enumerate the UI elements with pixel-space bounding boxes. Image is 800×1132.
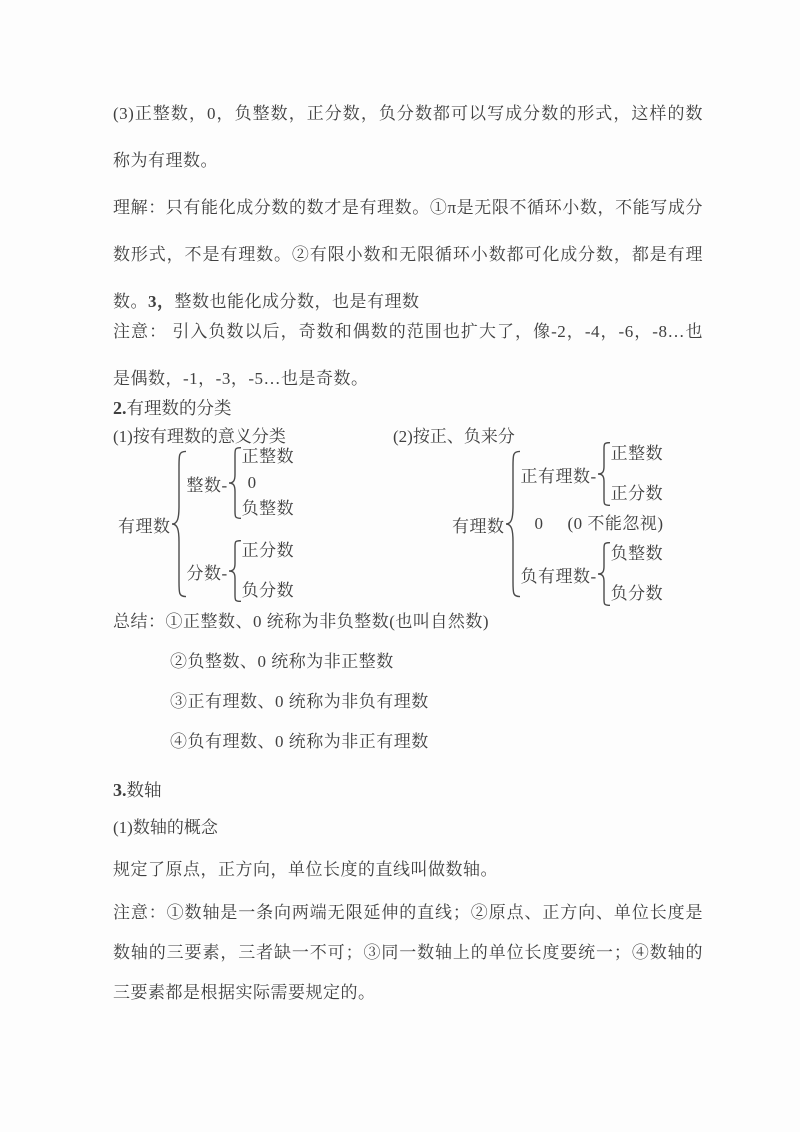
summary-line: ②负整数、0 统称为非正整数 <box>170 642 489 682</box>
tree-branch: 正有理数- 正整数 正分数 <box>521 441 664 507</box>
summary-line: 总结：①正整数、0 统称为非负整数(也叫自然数) <box>113 602 489 642</box>
tree-leaf: 正分数 <box>242 538 295 564</box>
paragraph-axis-note: 注意：①数轴是一条向两端无限延伸的直线；②原点、正方向、单位长度是数轴的三要素，… <box>113 893 703 1013</box>
zero-note: (0 不能忽视) <box>544 511 664 537</box>
tree-root-label: 有理数 <box>452 512 505 537</box>
tree-leaf: 正分数 <box>611 481 664 507</box>
paragraph-text: 注意： 引入负数以后，奇数和偶数的范围也扩大了，像-2，-4，-6，-8…也是偶… <box>113 322 703 388</box>
summary-line: ③正有理数、0 统称为非负有理数 <box>170 682 489 722</box>
brace-icon <box>598 542 610 606</box>
heading-text: 数轴 <box>127 780 162 800</box>
brace-icon <box>598 442 610 506</box>
brace-icon <box>506 450 520 598</box>
paragraph-note-odd-even: 注意： 引入负数以后，奇数和偶数的范围也扩大了，像-2，-4，-6，-8…也是偶… <box>113 308 703 402</box>
tree-leaf: 0 <box>242 470 295 496</box>
zero-label: 0 <box>521 511 544 537</box>
tree-branch: 负有理数- 负整数 负分数 <box>521 541 664 607</box>
paragraph-text: (3)正整数，0，负整数，正分数，负分数都可以写成分数的形式，这样的数称为有理数… <box>113 104 703 170</box>
paragraph-axis-definition: 规定了原点，正方向，单位长度的直线叫做数轴。 <box>113 857 498 883</box>
tree-leaf: 负分数 <box>242 578 295 604</box>
branch-label: 分数- <box>187 559 228 584</box>
summary-label: 总结： <box>113 612 166 631</box>
summary-line: ④负有理数、0 统称为非正有理数 <box>170 722 489 762</box>
tree-root-label: 有理数 <box>118 512 171 537</box>
paragraph-rational-definition: (3)正整数，0，负整数，正分数，负分数都可以写成分数的形式，这样的数称为有理数… <box>113 90 703 184</box>
branch-label: 负有理数- <box>521 562 597 587</box>
subheading-classification-by-sign: (2)按正、负来分 <box>393 424 515 450</box>
tree-classification-by-sign: 有理数 正有理数- 正整数 正分数 0 (0 不能忽视) 负有理数- 负整数 <box>452 448 664 600</box>
tree-leaf: 正整数 <box>611 441 664 467</box>
tree-branch: 分数- 正分数 负分数 <box>187 538 295 604</box>
heading-text: 有理数的分类 <box>127 398 232 418</box>
branch-label: 整数- <box>187 471 228 496</box>
heading-rational-classification: 2.有理数的分类 <box>113 395 232 421</box>
heading-number: 3. <box>113 780 127 800</box>
tree-leaf: 负整数 <box>611 541 664 567</box>
heading-number: 2. <box>113 398 127 418</box>
document-page: (3)正整数，0，负整数，正分数，负分数都可以写成分数的形式，这样的数称为有理数… <box>0 0 800 1132</box>
tree-branch: 整数- 正整数 0 负整数 <box>187 444 295 522</box>
summary-block: 总结：①正整数、0 统称为非负整数(也叫自然数) ②负整数、0 统称为非正整数 … <box>113 602 489 762</box>
brace-icon <box>229 447 241 519</box>
tree-classification-by-meaning: 有理数 整数- 正整数 0 负整数 分数- 正分数 负分数 <box>118 448 294 600</box>
heading-number-axis: 3.数轴 <box>113 777 162 803</box>
tree-leaf: 负整数 <box>242 496 295 522</box>
brace-icon <box>229 540 241 602</box>
tree-branch-zero: 0 (0 不能忽视) <box>521 511 664 537</box>
brace-icon <box>172 450 186 598</box>
tree-leaf: 正整数 <box>242 444 295 470</box>
subheading-axis-concept: (1)数轴的概念 <box>113 815 218 841</box>
tree-leaf: 负分数 <box>611 581 664 607</box>
paragraph-understanding: 理解：只有能化成分数的数才是有理数。①π是无限不循环小数，不能写成分数形式，不是… <box>113 184 703 325</box>
branch-label: 正有理数- <box>521 462 597 487</box>
